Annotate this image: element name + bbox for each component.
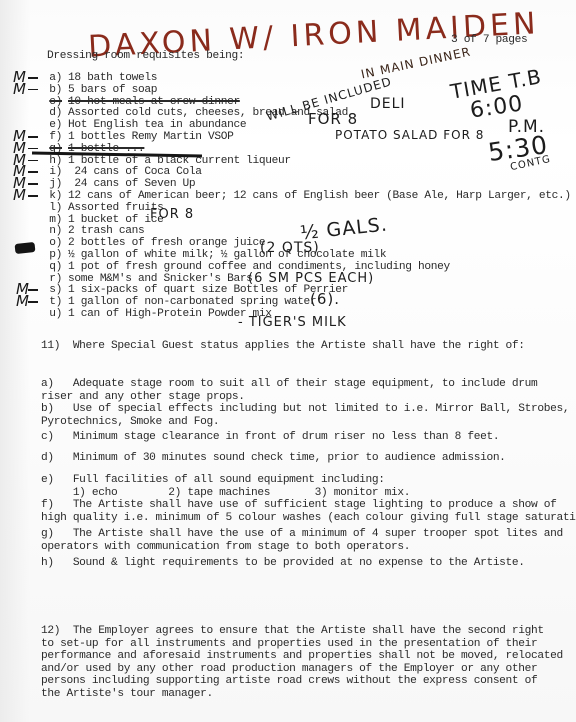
requisite-text: 18 bath towels bbox=[68, 72, 157, 84]
requisite-text: 10 hot meals at crew dinner bbox=[68, 96, 240, 108]
requisite-label: d) bbox=[40, 107, 62, 119]
margin-dash bbox=[28, 89, 38, 91]
section-12-line: persons including supporting artiste roa… bbox=[41, 675, 561, 688]
requisite-text: ½ gallon of white milk; ½ gallon of choc… bbox=[68, 249, 386, 261]
section-12-line: the Artiste's tour manager. bbox=[41, 688, 561, 701]
requisite-text: 2 bottles of fresh orange juice bbox=[68, 237, 265, 249]
requisite-item: r)some M&M's and Snicker's Bars bbox=[40, 273, 253, 285]
requisite-item: t)1 gallon of non-carbonated spring wate… bbox=[40, 296, 316, 308]
requisite-label: k) bbox=[40, 190, 62, 202]
section-12-line: performance and aforesaid instruments an… bbox=[41, 650, 561, 663]
requisite-label: t) bbox=[40, 296, 62, 308]
requisite-label: c) bbox=[40, 96, 62, 108]
requisite-text: 2 trash cans bbox=[68, 225, 144, 237]
section-11-heading: 11) Where Special Guest status applies t… bbox=[41, 340, 561, 353]
requisite-text: 24 cans of Coca Cola bbox=[68, 166, 202, 178]
section-11-item-continuation: high quality i.e. minimum of 5 colour wa… bbox=[41, 512, 561, 525]
margin-dash bbox=[28, 289, 38, 291]
section-11-item-line: h) Sound & light requirements to be prov… bbox=[41, 557, 561, 570]
annotation-perrier-note: (6). bbox=[310, 290, 340, 308]
requisite-item: f)1 bottles Remy Martin VSOP bbox=[40, 131, 233, 143]
requisite-item: k)12 cans of American beer; 12 cans of E… bbox=[40, 190, 571, 202]
margin-check-mark: M bbox=[16, 292, 29, 310]
requisite-item: i) 24 cans of Coca Cola bbox=[40, 166, 202, 178]
requisite-label: i) bbox=[40, 166, 62, 178]
section-11-item-line: d) Minimum of 30 minutes sound check tim… bbox=[41, 452, 561, 465]
section-11-item-line: c) Minimum stage clearance in front of d… bbox=[41, 431, 561, 444]
requisite-label: r) bbox=[40, 273, 62, 285]
requisite-label: u) bbox=[40, 308, 62, 320]
requisite-label: l) bbox=[40, 202, 62, 214]
annotation-for8-fruits: FOR 8 bbox=[150, 207, 194, 222]
section-12-line: and/or used by any other road production… bbox=[41, 663, 561, 676]
margin-dash bbox=[28, 77, 38, 79]
requisite-item: p)½ gallon of white milk; ½ gallon of ch… bbox=[40, 249, 386, 261]
section-11-item-continuation: operators with communication from stage … bbox=[41, 541, 561, 554]
requisite-label: b) bbox=[40, 84, 62, 96]
requisite-text: 1 bottles Remy Martin VSOP bbox=[68, 131, 233, 143]
requisite-label: f) bbox=[40, 131, 62, 143]
annotation-potato-salad: POTATO SALAD FOR 8 bbox=[335, 128, 484, 142]
requisite-label: j) bbox=[40, 178, 62, 190]
requisite-item: e)Hot English tea in abundance bbox=[40, 119, 246, 131]
section-11-item-line: a) Adequate stage room to suit all of th… bbox=[41, 378, 561, 391]
section-11-item-continuation: 1) echo 2) tape machines 3) monitor mix. bbox=[41, 487, 561, 500]
requisite-item: l)Assorted fruits bbox=[40, 202, 163, 214]
margin-check-mark: M bbox=[13, 80, 26, 98]
section-12-line: 12) The Employer agrees to ensure that t… bbox=[41, 625, 561, 638]
margin-dash bbox=[28, 136, 38, 138]
requisite-label: h) bbox=[40, 155, 62, 167]
margin-dash bbox=[28, 301, 38, 303]
requisite-item: u)1 can of High-Protein Powder mix bbox=[40, 308, 272, 320]
section-11-item-continuation: Pyrotechnics, Smoke and Fog. bbox=[41, 416, 561, 429]
requisite-text: some M&M's and Snicker's Bars bbox=[68, 273, 253, 285]
margin-dash bbox=[28, 160, 38, 162]
requisite-label: n) bbox=[40, 225, 62, 237]
requisite-label: o) bbox=[40, 237, 62, 249]
requisite-item: c)10 hot meals at crew dinner bbox=[40, 96, 240, 108]
ink-blot-mark bbox=[15, 242, 36, 254]
intro-heading: Dressing room requisites being: bbox=[47, 50, 244, 62]
annotation-candy-note: (6 SM PCS EACH) bbox=[248, 271, 374, 286]
page-indicator: 3 of 7 pages bbox=[451, 34, 527, 46]
requisite-item: s)1 six-packs of quart size Bottles of P… bbox=[40, 284, 348, 296]
requisite-item: m)1 bucket of ice bbox=[40, 214, 163, 226]
section-11-item-continuation: riser and any other stage props. bbox=[41, 391, 561, 404]
annotation-oj-gals: ½ GALS. bbox=[299, 213, 389, 244]
page-edge-shadow bbox=[0, 0, 30, 722]
annotation-for8-deli: FOR 8 bbox=[308, 110, 358, 128]
requisite-text: 24 cans of Seven Up bbox=[68, 178, 195, 190]
requisite-item: a)18 bath towels bbox=[40, 72, 157, 84]
section-11-item-line: e) Full facilities of all sound equipmen… bbox=[41, 474, 561, 487]
requisite-label: e) bbox=[40, 119, 62, 131]
section-12-line: to set-up for all instruments and proper… bbox=[41, 638, 561, 651]
section-11-item-line: g) The Artiste shall have the use of a m… bbox=[41, 528, 561, 541]
requisite-label: p) bbox=[40, 249, 62, 261]
requisite-item: o)2 bottles of fresh orange juice bbox=[40, 237, 265, 249]
margin-check-mark: M bbox=[13, 186, 26, 204]
requisite-text: 5 bars of soap bbox=[68, 84, 157, 96]
requisite-label: a) bbox=[40, 72, 62, 84]
requisite-label: s) bbox=[40, 284, 62, 296]
requisite-text: 1 six-packs of quart size Bottles of Per… bbox=[68, 284, 348, 296]
margin-dash bbox=[28, 183, 38, 185]
requisite-item: n)2 trash cans bbox=[40, 225, 144, 237]
requisite-item: q)1 pot of fresh ground coffee and condi… bbox=[40, 261, 450, 273]
annotation-deli: DELI bbox=[370, 96, 406, 112]
requisite-text: 1 gallon of non-carbonated spring water bbox=[68, 296, 316, 308]
margin-dash bbox=[28, 195, 38, 197]
requisite-label: q) bbox=[40, 261, 62, 273]
section-11-item-line: f) The Artiste shall have use of suffici… bbox=[41, 499, 561, 512]
margin-dash bbox=[28, 148, 38, 150]
requisite-item: b)5 bars of soap bbox=[40, 84, 157, 96]
annotation-protein-note: - TIGER'S MILK bbox=[238, 315, 347, 330]
requisite-label: m) bbox=[40, 214, 62, 226]
requisite-text: Hot English tea in abundance bbox=[68, 119, 246, 131]
annotation-crew-dinner-2: IN MAIN DINNER bbox=[360, 45, 472, 82]
margin-dash bbox=[28, 171, 38, 173]
requisite-item: j) 24 cans of Seven Up bbox=[40, 178, 195, 190]
section-11-item-line: b) Use of special effects including but … bbox=[41, 403, 561, 416]
requisite-text: 12 cans of American beer; 12 cans of Eng… bbox=[68, 190, 571, 202]
document-page: DAXON W/ IRON MAIDEN 3 of 7 pages Dressi… bbox=[0, 0, 576, 722]
